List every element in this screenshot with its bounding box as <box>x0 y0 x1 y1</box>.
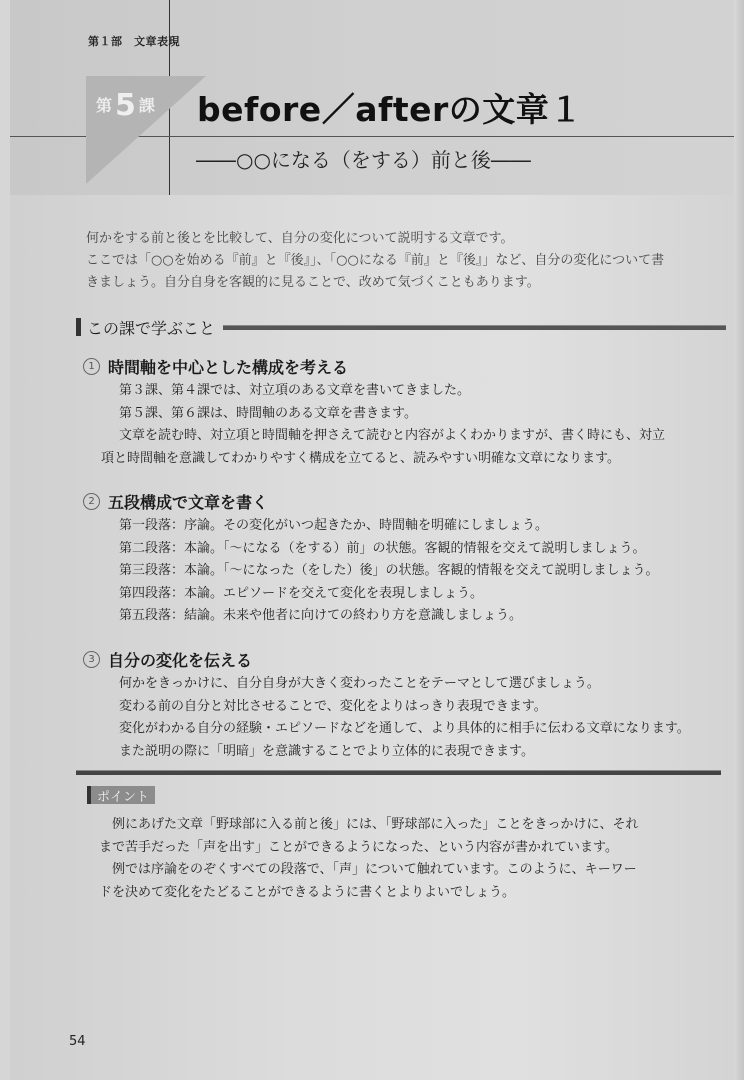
body-line: 変わる前の自分と対比させることで、変化をよりはっきり表現できます。 <box>83 696 733 719</box>
page-subtitle: ――○○になる（をする）前と後―― <box>196 144 531 173</box>
lesson-prefix: 第 <box>96 96 112 115</box>
body-line: 第５課、第６課は、時間軸のある文章を書きます。 <box>83 403 733 426</box>
item-title: 2 五段構成で文章を書く <box>83 490 733 513</box>
body-line: 第三段落：本論。「～になった（をした）後」の状態。客観的情報を交えて説明しましょ… <box>83 560 733 583</box>
intro-line: きましょう。自分自身を客観的に見ることで、改めて気づくこともあります。 <box>86 272 726 294</box>
page-title: before／afterの文章１ <box>197 84 583 131</box>
intro-paragraph: 何かをする前と後とを比較して、自分の変化について説明する文章です。 ここでは「○… <box>86 228 726 294</box>
point-marker <box>87 786 91 804</box>
circled-number-icon: 2 <box>83 493 100 510</box>
point-line: 例では序論をのぞくすべての段落で、「声」について触れています。このように、キーワ… <box>99 859 719 882</box>
body-line: 第３課、第４課では、対立項のある文章を書いてきました。 <box>83 380 733 403</box>
item-title: 3 自分の変化を伝える <box>83 648 733 671</box>
intro-line: ここでは「○○を始める『前』と『後』」、「○○になる『前』と『後』」など、自分の… <box>86 250 726 272</box>
section-heading-label: この課で学ぶこと <box>87 316 215 339</box>
circled-number-icon: 1 <box>83 358 100 375</box>
lesson-digit: 5 <box>115 88 136 123</box>
item-body: 何かをきっかけに、自分自身が大きく変わったことをテーマとして選びましょう。 変わ… <box>83 673 733 763</box>
page-edge <box>734 0 744 1080</box>
body-line: 何かをきっかけに、自分自身が大きく変わったことをテーマとして選びましょう。 <box>83 673 733 696</box>
point-line: ドを決めて変化をたどることができるように書くとよりよいでしょう。 <box>99 882 719 905</box>
item-body: 第一段落：序論。その変化がいつ起きたか、時間軸を明確にしましょう。 第二段落：本… <box>83 515 733 628</box>
point-line: 例にあげた文章「野球部に入る前と後」には、「野球部に入った」ことをきっかけに、そ… <box>99 814 719 837</box>
point-label: ポイント <box>87 786 155 804</box>
intro-line: 何かをする前と後とを比較して、自分の変化について説明する文章です。 <box>86 228 726 250</box>
learning-item-2: 2 五段構成で文章を書く 第一段落：序論。その変化がいつ起きたか、時間軸を明確に… <box>83 490 733 628</box>
body-line: 第四段落：本論。エピソードを交えて変化を表現しましょう。 <box>83 583 733 606</box>
heading-marker <box>76 318 81 336</box>
item-title-text: 自分の変化を伝える <box>108 648 252 671</box>
item-title-text: 時間軸を中心とした構成を考える <box>108 355 348 378</box>
body-line: 文章を読む時、対立項と時間軸を押さえて読むと内容がよくわかりますが、書く時にも、… <box>83 425 733 448</box>
learning-item-3: 3 自分の変化を伝える 何かをきっかけに、自分自身が大きく変わったことをテーマと… <box>83 648 733 763</box>
body-line: 項と時間軸を意識してわかりやすく構成を立てると、読みやすい明確な文章になります。 <box>83 448 733 471</box>
learning-item-1: 1 時間軸を中心とした構成を考える 第３課、第４課では、対立項のある文章を書いて… <box>83 355 733 470</box>
point-box: ポイント 例にあげた文章「野球部に入る前と後」には、「野球部に入った」ことをきっ… <box>75 786 721 926</box>
circled-number-icon: 3 <box>83 651 100 668</box>
point-label-text: ポイント <box>97 786 149 805</box>
body-line: また説明の際に「明暗」を意識することでより立体的に表現できます。 <box>83 741 733 764</box>
section-divider <box>76 770 721 775</box>
part-label: 第１部 文章表現 <box>88 33 180 49</box>
item-title: 1 時間軸を中心とした構成を考える <box>83 355 733 378</box>
item-title-text: 五段構成で文章を書く <box>108 490 268 513</box>
lesson-suffix: 課 <box>139 96 155 115</box>
body-line: 第一段落：序論。その変化がいつ起きたか、時間軸を明確にしましょう。 <box>83 515 733 538</box>
body-line: 変化がわかる自分の経験・エピソードなどを通して、より具体的に相手に伝わる文章にな… <box>83 718 733 741</box>
point-body: 例にあげた文章「野球部に入る前と後」には、「野球部に入った」ことをきっかけに、そ… <box>99 814 719 904</box>
body-line: 第五段落：結論。未来や他者に向けての終わり方を意識しましょう。 <box>83 605 733 628</box>
point-line: まで苦手だった「声を出す」ことができるようになった、という内容が書かれています。 <box>99 837 719 860</box>
page-number: 54 <box>69 1034 86 1049</box>
item-body: 第３課、第４課では、対立項のある文章を書いてきました。 第５課、第６課は、時間軸… <box>83 380 733 470</box>
body-line: 第二段落：本論。「～になる（をする）前」の状態。客観的情報を交えて説明しましょう… <box>83 538 733 561</box>
heading-rule <box>223 325 726 330</box>
section-heading: この課で学ぶこと <box>76 316 726 338</box>
lesson-number: 第5課 <box>96 88 155 123</box>
